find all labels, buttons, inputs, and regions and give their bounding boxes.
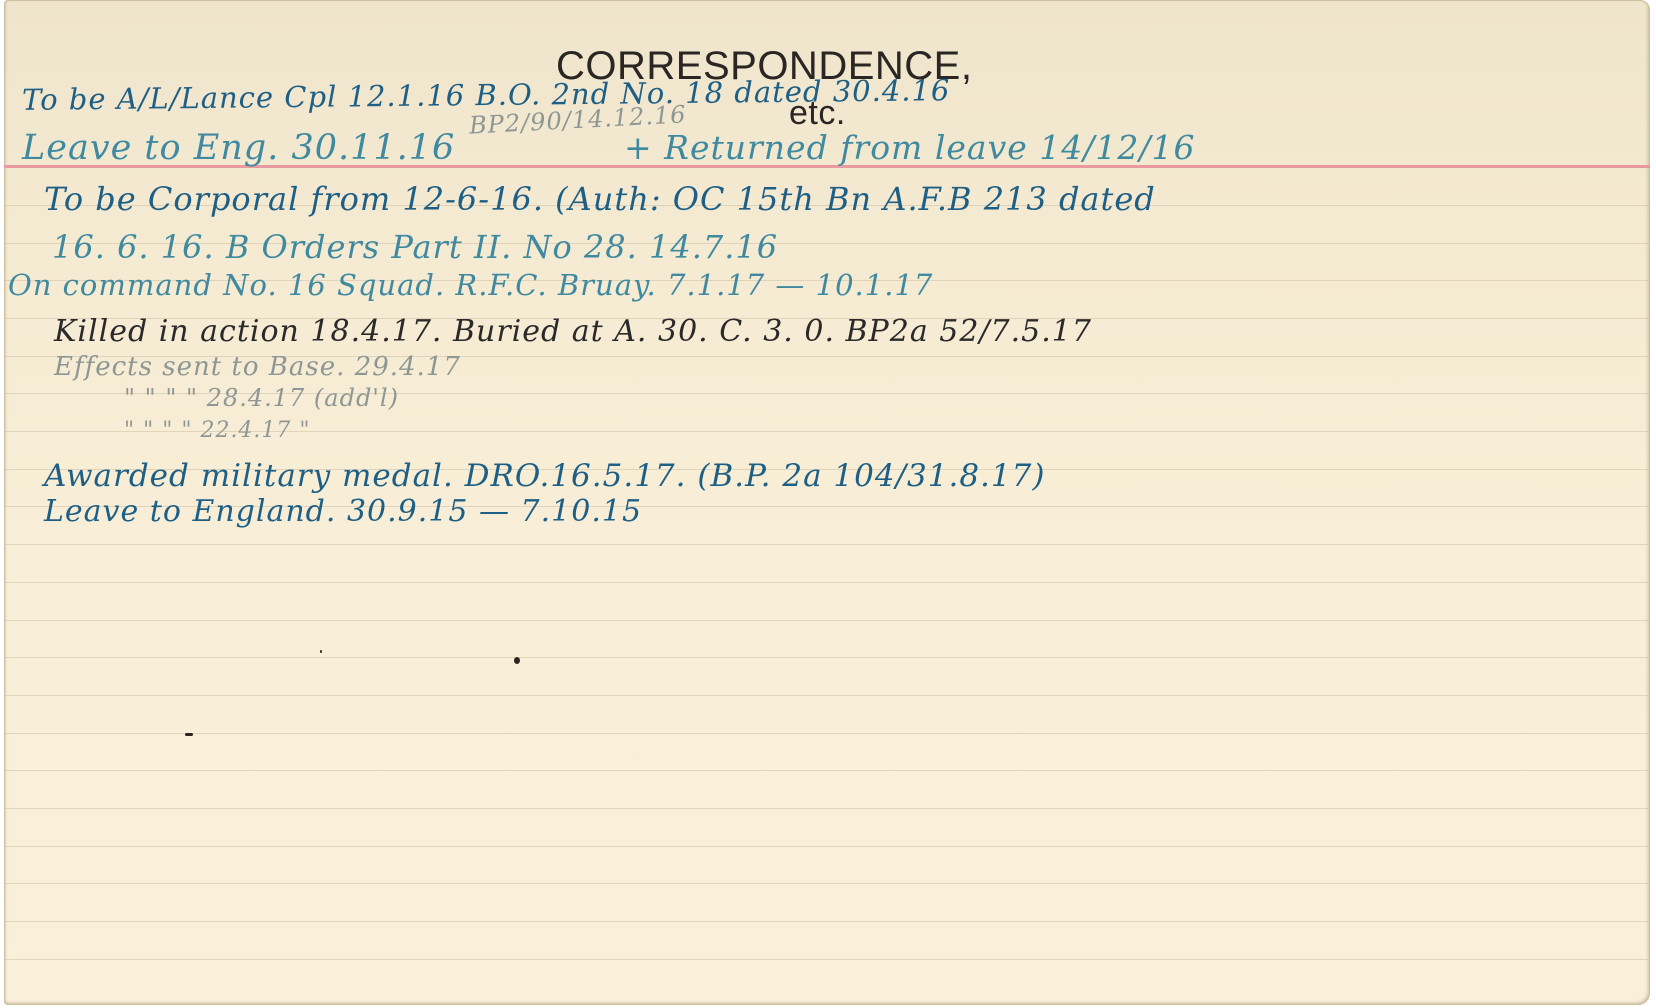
ruled-line	[4, 846, 1650, 847]
ruled-line	[4, 883, 1650, 884]
paper-speck	[514, 657, 520, 664]
ruled-line	[4, 770, 1650, 771]
entry-effects-sent-additional: " " " " 28.4.17 (add'l)	[124, 384, 399, 412]
service-record-card: CORRESPONDENCE, etc. To be A/L/Lance Cpl…	[4, 0, 1650, 1005]
ruled-line	[4, 582, 1650, 583]
ruled-line	[4, 959, 1650, 960]
entry-leave-england-1915: Leave to England. 30.9.15 — 7.10.15	[44, 494, 642, 529]
paper-speck	[185, 733, 193, 736]
ruled-line	[4, 921, 1650, 922]
ruled-line	[4, 657, 1650, 658]
ruled-line	[4, 544, 1650, 545]
paper-speck	[320, 650, 322, 653]
entry-leave-eng-1916: Leave to Eng. 30.11.16	[22, 128, 455, 168]
entry-battalion-orders: 16. 6. 16. B Orders Part II. No 28. 14.7…	[52, 228, 778, 266]
ruled-line	[4, 808, 1650, 809]
ruled-line	[4, 620, 1650, 621]
ruled-line	[4, 695, 1650, 696]
entry-killed-in-action: Killed in action 18.4.17. Buried at A. 3…	[54, 314, 1092, 349]
entry-effects-sent-third: " " " " 22.4.17 "	[124, 418, 311, 443]
ruled-line	[4, 733, 1650, 734]
entry-military-medal: Awarded military medal. DRO.16.5.17. (B.…	[44, 458, 1045, 494]
entry-to-be-corporal: To be Corporal from 12-6-16. (Auth: OC 1…	[44, 180, 1156, 218]
entry-on-command-rfc: On command No. 16 Squad. R.F.C. Bruay. 7…	[8, 268, 933, 302]
entry-effects-sent: Effects sent to Base. 29.4.17	[54, 352, 461, 382]
entry-returned-from-leave: + Returned from leave 14/12/16	[624, 128, 1195, 167]
